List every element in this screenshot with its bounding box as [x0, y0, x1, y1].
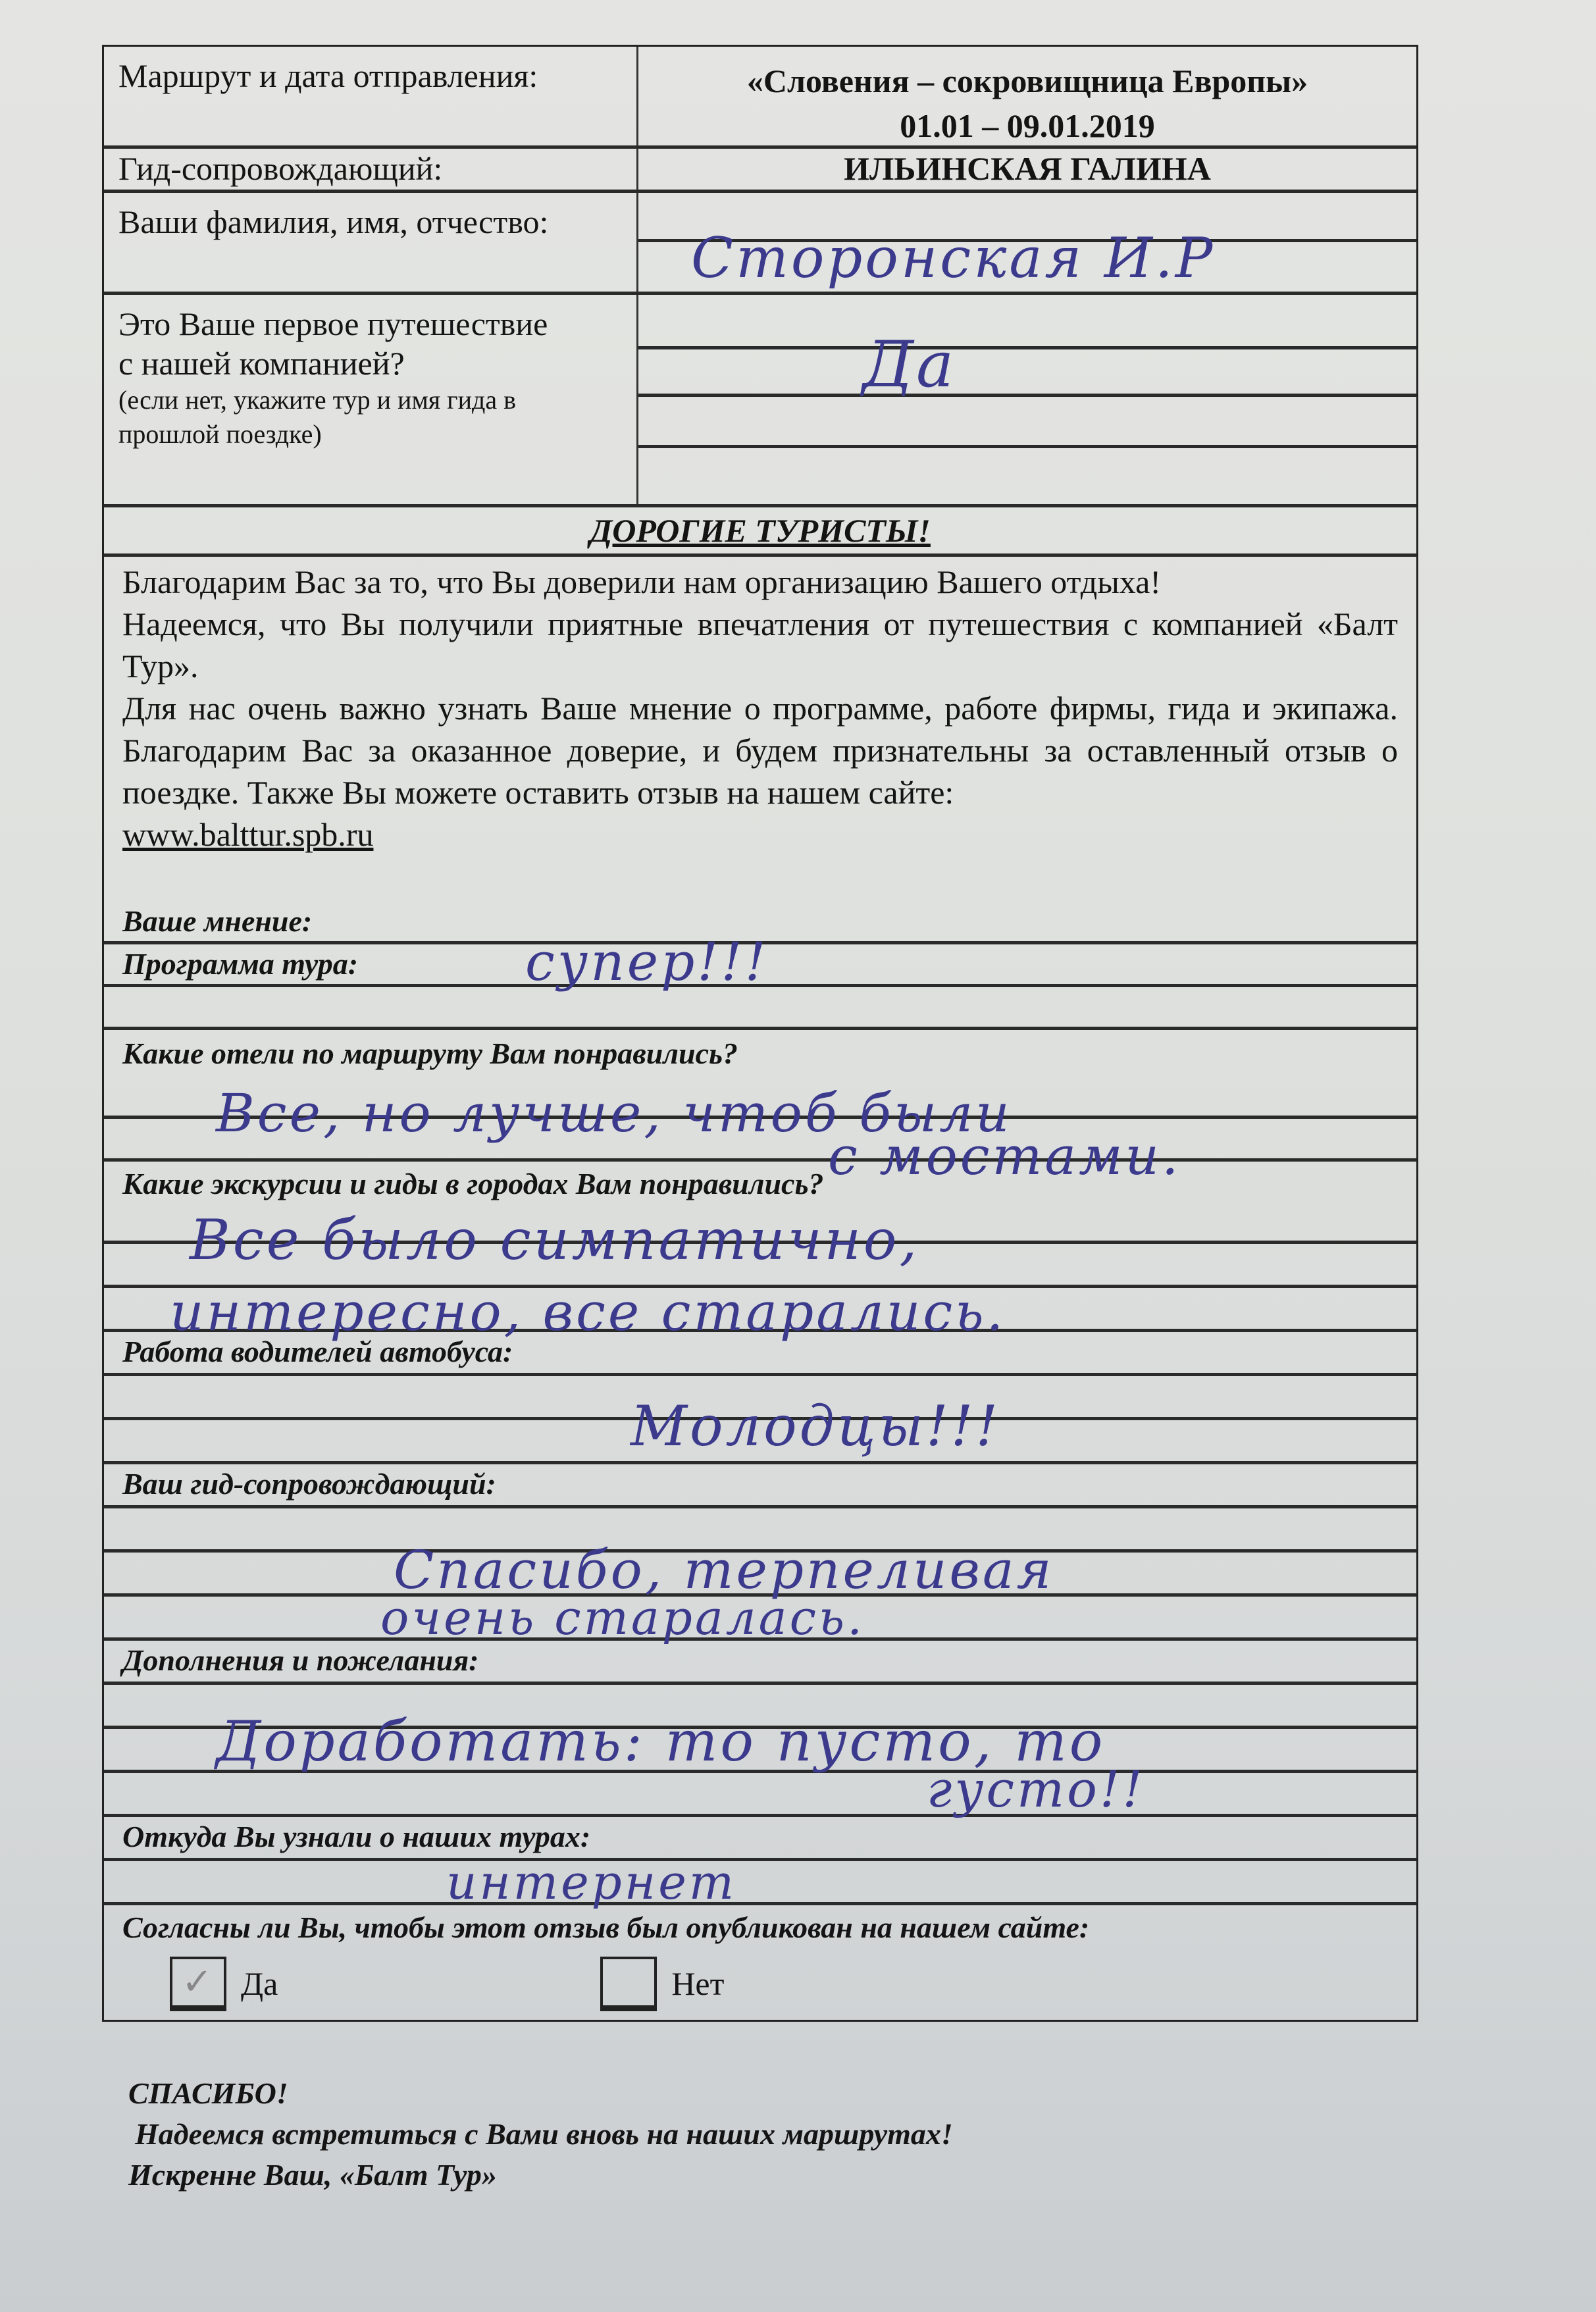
intro-paragraph-1: Благодарим Вас за то, что Вы доверили на…	[122, 561, 1398, 603]
answer-guide-line2[interactable]: очень старалась.	[380, 1590, 865, 1645]
route-dates: 01.01 – 09.01.2019	[638, 103, 1416, 148]
dear-tourists-row: ДОРОГИЕ ТУРИСТЫ!	[104, 507, 1416, 557]
answer-wishes-line2[interactable]: густо!!	[927, 1760, 1145, 1818]
first-trip-hint: (если нет, укажите тур и имя гида в прош…	[118, 383, 622, 451]
route-title: «Словения – сокровищница Европы»	[638, 59, 1416, 103]
question-row-hotels: Какие отели по маршруту Вам понравились?…	[104, 1030, 1416, 1119]
intro-paragraph-2: Надеемся, что Вы получили приятные впеча…	[122, 603, 1398, 687]
question-row-source: Откуда Вы узнали о наших турах:	[104, 1817, 1416, 1861]
website-link[interactable]: www.balttur.spb.ru	[122, 816, 373, 853]
form-table: Маршрут и дата отправления: «Словения – …	[102, 45, 1418, 2022]
question-row-drivers: Работа водителей автобуса:	[104, 1332, 1416, 1376]
answer-source[interactable]: интернет	[446, 1855, 736, 1910]
fio-field[interactable]: Сторонская И.Р	[691, 226, 1215, 290]
intro-paragraph-3: Для нас очень важно узнать Ваше мнение о…	[122, 690, 1398, 811]
answer-drivers[interactable]: Молодцы!!!	[631, 1394, 1000, 1458]
route-row: Маршрут и дата отправления: «Словения – …	[104, 47, 1416, 149]
footer: СПАСИБО! Надеемся встретиться с Вами вно…	[128, 2073, 953, 2196]
question-row-wishes: Дополнения и пожелания:	[104, 1641, 1416, 1685]
guide-name: ИЛЬИНСКАЯ ГАЛИНА	[638, 149, 1416, 188]
first-trip-field[interactable]: Да	[862, 328, 956, 401]
guide-row: Гид-сопровождающий: ИЛЬИНСКАЯ ГАЛИНА	[104, 149, 1416, 193]
publish-label: Согласны ли Вы, чтобы этот отзыв был опу…	[104, 1908, 1416, 1947]
footer-hope: Надеемся встретиться с Вами вновь на наш…	[128, 2114, 953, 2155]
question-row-program: Программа тура: супер!!!	[104, 944, 1416, 987]
footer-thanks: СПАСИБО!	[128, 2073, 953, 2114]
question-label: Какие экскурсии и гиды в городах Вам пон…	[104, 1162, 1416, 1204]
dear-tourists-heading: ДОРОГИЕ ТУРИСТЫ!	[104, 507, 1416, 553]
question-row-excursions: Какие экскурсии и гиды в городах Вам пон…	[104, 1162, 1416, 1244]
fio-row: Ваши фамилия, имя, отчество: Сторонская …	[104, 193, 1416, 295]
first-trip-label-2: с нашей компанией?	[118, 344, 622, 383]
feedback-form: Маршрут и дата отправления: «Словения – …	[102, 45, 1418, 2022]
first-trip-row: Это Ваше первое путешествие с нашей комп…	[104, 295, 1416, 507]
yes-label: Да	[241, 1965, 278, 2003]
question-row-guide: Ваш гид-сопровождающий:	[104, 1464, 1416, 1508]
question-label: Откуда Вы узнали о наших турах:	[104, 1817, 1416, 1857]
checkmark-icon: ✓	[182, 1961, 213, 2003]
no-checkbox[interactable]	[600, 1957, 657, 2011]
footer-signature: Искренне Ваш, «Балт Тур»	[128, 2155, 953, 2196]
answer-program[interactable]: супер!!!	[525, 931, 769, 992]
intro-text: Благодарим Вас за то, что Вы доверили на…	[104, 557, 1416, 856]
yes-checkbox[interactable]: ✓	[170, 1957, 226, 2011]
first-trip-label-1: Это Ваше первое путешествие	[118, 304, 622, 344]
question-label: Какие отели по маршруту Вам понравились?	[104, 1030, 1416, 1073]
question-label: Работа водителей автобуса:	[104, 1332, 1416, 1372]
fio-label: Ваши фамилия, имя, отчество:	[104, 193, 638, 292]
question-label: Ваш гид-сопровождающий:	[104, 1464, 1416, 1504]
guide-label: Гид-сопровождающий:	[104, 149, 638, 190]
no-label: Нет	[671, 1965, 724, 2003]
route-label: Маршрут и дата отправления:	[104, 47, 638, 145]
question-label: Дополнения и пожелания:	[104, 1641, 1416, 1680]
publish-consent: Согласны ли Вы, чтобы этот отзыв был опу…	[104, 1905, 1416, 2020]
